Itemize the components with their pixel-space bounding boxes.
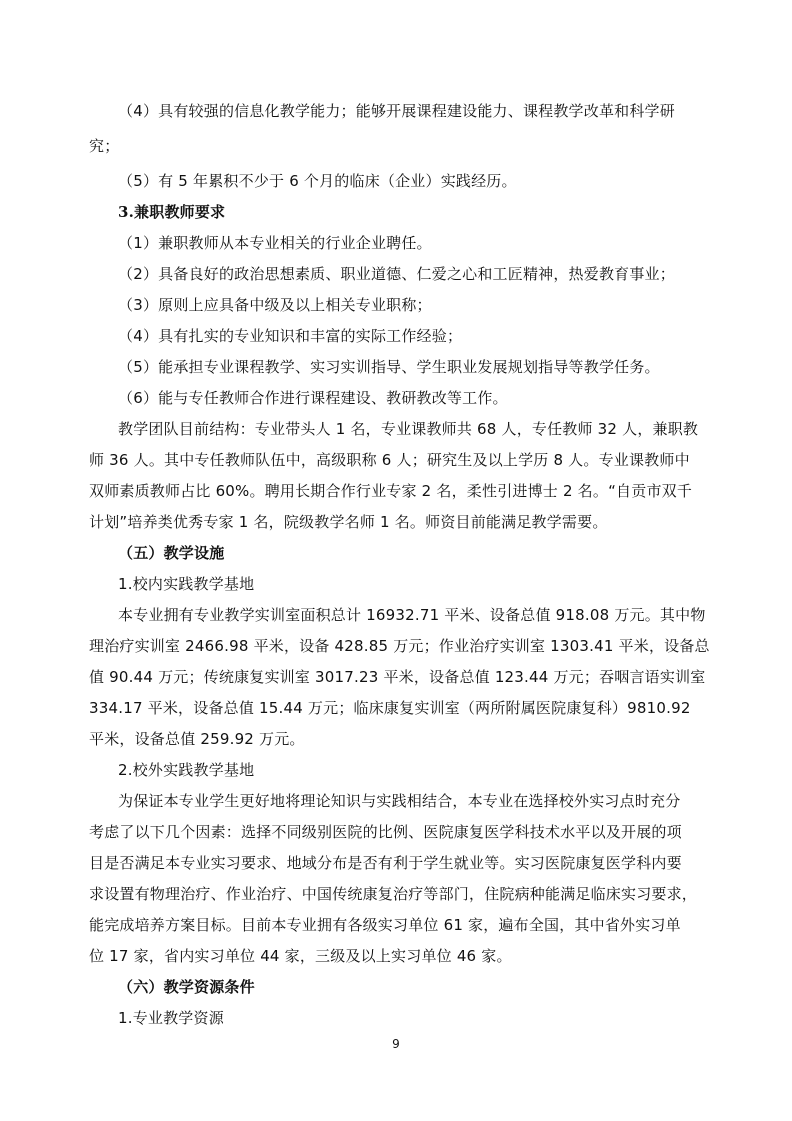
text-line: 师 36 人。其中专任教师队伍中，高级职称 6 人；研究生及以上学历 8 人。专… [89,450,690,470]
text-line: 求设置有物理治疗、作业治疗、中国传统康复治疗等部门，住院病种能满足临床实习要求， [89,884,697,904]
text-line: 平米，设备总值 259.92 万元。 [89,729,305,749]
text-line: （2）具备良好的政治思想素质、职业道德、仁爱之心和工匠精神，热爱教育事业； [118,264,675,284]
text-line: 双师素质教师占比 60%。聘用长期合作行业专家 2 名，柔性引进博士 2 名。“… [89,481,692,501]
text-line: 本专业拥有专业教学实训室面积总计 16932.71 平米、设备总值 918.08… [118,605,706,625]
text-line: 考虑了以下几个因素：选择不同级别医院的比例、医院康复医学科技术水平以及开展的项 [89,822,682,842]
text-line: 1.专业教学资源 [118,1008,224,1028]
text-line: （5）能承担专业课程教学、实习实训指导、学生职业发展规划指导等教学任务。 [118,357,660,377]
text-line: 位 17 家，省内实习单位 44 家，三级及以上实习单位 46 家。 [89,946,512,966]
text-line: 教学团队目前结构：专业带头人 1 名，专业课教师共 68 人，专任教师 32 人… [118,419,698,439]
text-line: （1）兼职教师从本专业相关的行业企业聘任。 [118,233,432,253]
text-line: 目是否满足本专业实习要求、地域分布是否有利于学生就业等。实习医院康复医学科内要 [89,853,682,873]
text-line: 334.17 平米，设备总值 15.44 万元；临床康复实训室（两所附属医院康复… [89,698,691,718]
text-line: （6）能与专任教师合作进行课程建设、教研教改等工作。 [118,388,508,408]
text-line: 2.校外实践教学基地 [118,760,254,780]
text-line: （4）具有较强的信息化教学能力；能够开展课程建设能力、课程教学改革和科学研 [118,101,675,121]
text-line: （5）有 5 年累积不少于 6 个月的临床（企业）实践经历。 [118,171,517,191]
text-line: （4）具有扎实的专业知识和丰富的实际工作经验； [118,326,462,346]
text-line: 究； [89,136,119,156]
document-page: （4）具有较强的信息化教学能力；能够开展课程建设能力、课程教学改革和科学研究；（… [0,0,792,1121]
text-line: 值 90.44 万元；传统康复实训室 3017.23 平米，设备总值 123.4… [89,667,705,687]
text-line: 为保证本专业学生更好地将理论知识与实践相结合，本专业在选择校外实习点时充分 [118,791,680,811]
text-line: 理治疗实训室 2466.98 平米，设备 428.85 万元；作业治疗实训室 1… [89,636,710,656]
section-heading: 3.兼职教师要求 [118,202,225,222]
text-line: （3）原则上应具备中级及以上相关专业职称； [118,295,432,315]
text-line: 能完成培养方案目标。目前本专业拥有各级实习单位 61 家，遍布全国，其中省外实习… [89,915,681,935]
page-number: 9 [0,1037,792,1051]
text-line: 1.校内实践教学基地 [118,574,254,594]
text-line: 计划”培养类优秀专家 1 名，院级教学名师 1 名。师资目前能满足教学需要。 [89,512,608,532]
section-heading: （六）教学资源条件 [118,977,255,997]
section-heading: （五）教学设施 [118,543,224,563]
